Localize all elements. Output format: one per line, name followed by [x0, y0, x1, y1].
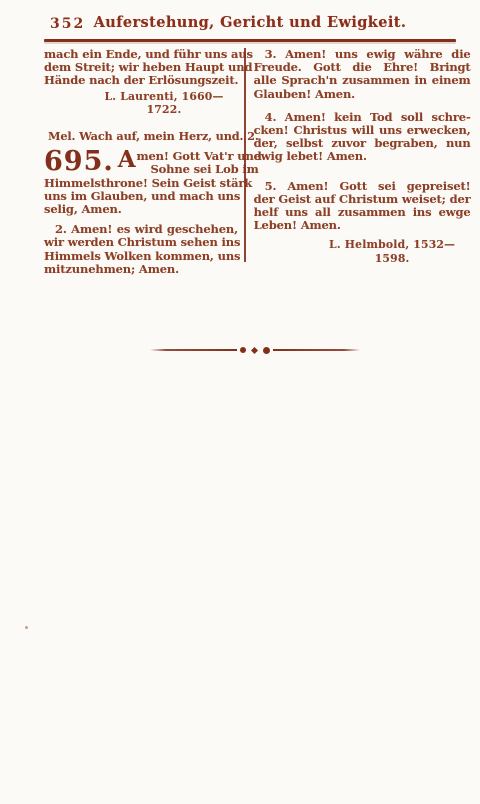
drop-cap-initial: A	[118, 149, 137, 171]
ornament-dot-icon	[263, 347, 270, 354]
verse-3: 3. Amen! uns ewig währe die Freude. Gott…	[254, 48, 471, 101]
verse-5: 5. Amen! Gott sei gepreiset! der Geist a…	[254, 180, 471, 233]
running-title: Auferstehung, Gericht und Ewigkeit.	[44, 14, 456, 31]
verse-line: 5. Amen! Gott sei gepreiset!	[254, 180, 471, 193]
ornament-line-left	[150, 349, 237, 351]
melody-reference: Mel. Wach auf, mein Herz, und. 2.	[44, 130, 238, 143]
column-divider-rule	[244, 48, 246, 262]
verse-line: selig, Amen.	[44, 203, 238, 216]
hymn-number: 695.	[44, 149, 118, 175]
ornament-dot-icon	[240, 347, 246, 353]
hymnal-scanned-page: 352 Auferstehung, Gericht und Ewigkeit. …	[0, 0, 480, 804]
page-header: 352 Auferstehung, Gericht und Ewigkeit.	[44, 13, 456, 35]
left-column: mach ein Ende, und führ uns aus dem Stre…	[44, 48, 244, 276]
continuation-line: Hände nach der Erlösungszeit.	[44, 74, 238, 87]
author-attribution: L. Helmbold, 1532—1598.	[254, 238, 471, 264]
verse-line: wir werden Christum sehen ins	[44, 236, 238, 249]
verse-line: Glauben! Amen.	[254, 88, 471, 101]
ornament-line-right	[273, 349, 360, 351]
verse1-beside-lines: men! Gott Vat'r und Sohne sei Lob im	[136, 149, 261, 176]
header-rule	[44, 39, 456, 42]
verse-line: Leben! Amen.	[254, 219, 471, 232]
paper-speck	[25, 626, 28, 629]
section-divider-ornament	[150, 344, 360, 356]
hymn-695-start: 695. A men! Gott Vat'r und Sohne sei Lob…	[44, 149, 238, 176]
verse-1: Himmelsthrone! Sein Geist stärk uns im G…	[44, 177, 238, 217]
verse-line: Himmels Wolken kommen, uns	[44, 250, 238, 263]
verse-line: alle Sprach'n zusammen in einem	[254, 74, 471, 87]
text-columns: mach ein Ende, und führ uns aus dem Stre…	[44, 48, 456, 276]
author-attribution: L. Laurenti, 1660—1722.	[44, 90, 238, 116]
verse-line: Himmelsthrone! Sein Geist stärk	[44, 177, 238, 190]
verse-line: Sohne sei Lob im	[136, 163, 261, 176]
verse-2: 2. Amen! es wird geschehen, wir werden C…	[44, 223, 238, 276]
verse-4: 4. Amen! kein Tod soll schre- cken! Chri…	[254, 111, 471, 164]
verse-line: mitzunehmen; Amen.	[44, 263, 238, 276]
verse-line: ewig lebet! Amen.	[254, 150, 471, 163]
ornament-diamond-icon	[251, 346, 258, 353]
right-column: 3. Amen! uns ewig währe die Freude. Gott…	[246, 48, 471, 276]
